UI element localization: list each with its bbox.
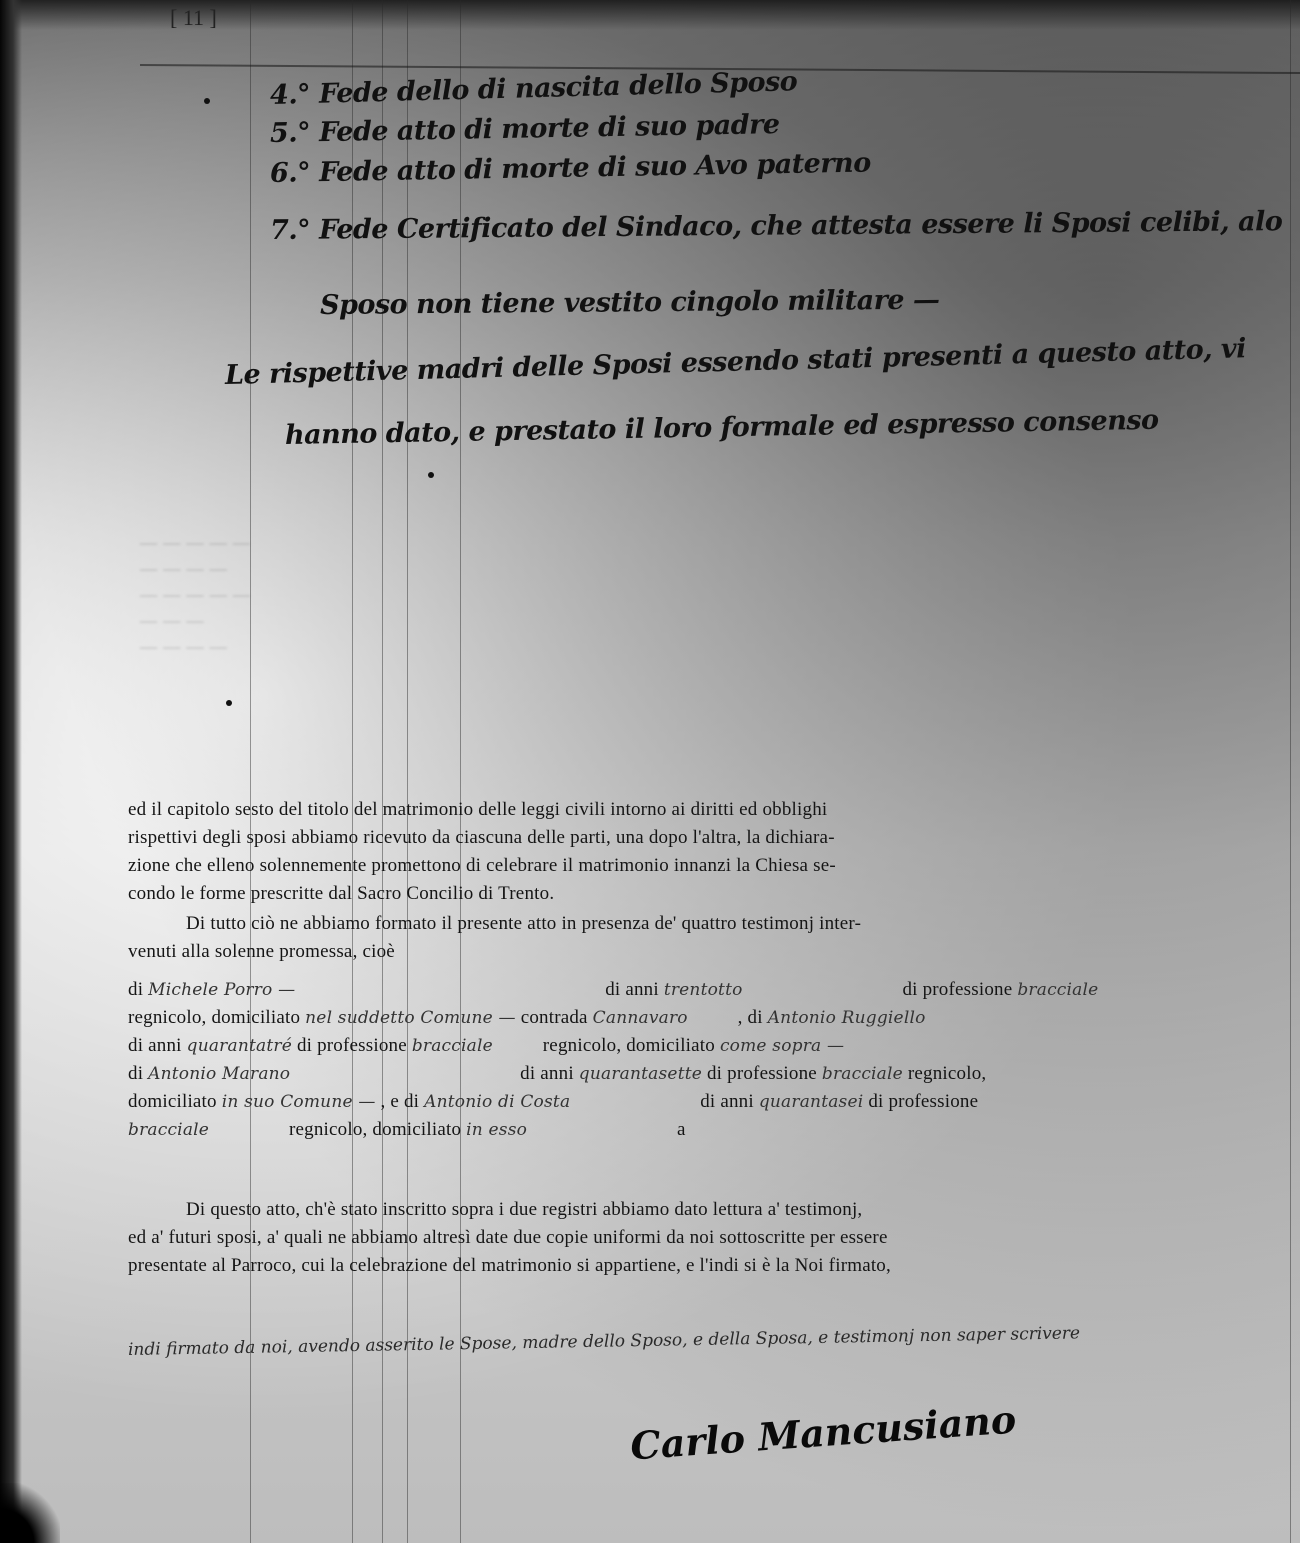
- witness-2-age: quarantatré: [187, 1036, 292, 1056]
- witness-4-name: Antonio di Costa: [424, 1092, 570, 1112]
- witness-1-street: Cannavaro: [593, 1008, 688, 1028]
- witness-line-2: regnicolo, domiciliato nel suddetto Comu…: [128, 1004, 1298, 1032]
- handwritten-item-6: 6.° Fede atto di morte di suo Avo patern…: [270, 148, 871, 189]
- handwritten-item-7-continued: Sposo non tiene vestito cingolo militare…: [320, 285, 940, 321]
- witness-3-name: Antonio Marano: [148, 1064, 290, 1084]
- handwritten-item-7: 7.° Fede Certificato del Sindaco, che at…: [270, 206, 1283, 246]
- witness-3-profession: bracciale: [822, 1064, 903, 1084]
- ink-blot: [428, 472, 434, 478]
- witness-4-domicile: in esso: [466, 1120, 527, 1140]
- witness-4-profession: bracciale: [128, 1120, 209, 1140]
- printed-paragraph-1: ed il capitolo sesto del titolo del matr…: [128, 796, 1298, 908]
- witness-4-age: quarantasei: [759, 1092, 864, 1112]
- handwritten-item-5: 5.° Fede atto di morte di suo padre: [270, 109, 780, 149]
- page-marker: [ 11 ]: [170, 5, 217, 31]
- witness-1-age: trentotto: [664, 980, 743, 1000]
- witness-3-age: quarantasette: [579, 1064, 702, 1084]
- printed-paragraph-3: Di questo atto, ch'è stato inscritto sop…: [128, 1196, 1298, 1280]
- printed-paragraph-2: Di tutto ciò ne abbiamo formato il prese…: [128, 910, 1298, 966]
- bleed-through-text: — — — — — — — — — — — — — — — — — — — — …: [140, 530, 400, 660]
- scan-artifact-line: [250, 0, 251, 1543]
- witness-1-profession: bracciale: [1017, 980, 1098, 1000]
- handwritten-closing-note: indi firmato da noi, avendo asserito le …: [128, 1323, 1080, 1360]
- scan-artifact-line: [1290, 0, 1291, 1543]
- witness-block: di Michele Porro — di anni trentotto di …: [128, 976, 1298, 1144]
- witness-2-name: Antonio Ruggiello: [768, 1008, 926, 1028]
- ink-blot: [204, 98, 210, 104]
- witness-2-domicile: come sopra —: [720, 1036, 844, 1056]
- scanned-register-page: [ 11 ] — — — — — — — — — — — — — — — — —…: [0, 0, 1300, 1543]
- handwritten-note-line-2: hanno dato, e prestato il loro formale e…: [285, 405, 1159, 451]
- witness-line-1: di Michele Porro — di anni trentotto di …: [128, 976, 1298, 1004]
- witness-1-domicile: nel suddetto Comune —: [305, 1008, 516, 1028]
- book-spine-edge: [0, 0, 22, 1543]
- witness-line-5: domiciliato in suo Comune — , e di Anton…: [128, 1088, 1298, 1116]
- official-signature: Carlo Mancusiano: [629, 1397, 1018, 1469]
- ink-blot: [226, 700, 232, 706]
- witness-line-6: bracciale regnicolo, domiciliato in esso…: [128, 1116, 1298, 1144]
- witness-3-domicile: in suo Comune —: [222, 1092, 376, 1112]
- handwritten-note-line-1: Le rispettive madri delle Sposi essendo …: [225, 333, 1247, 391]
- witness-line-4: di Antonio Marano di anni quarantasette …: [128, 1060, 1298, 1088]
- corner-shadow: [0, 1483, 60, 1543]
- handwritten-item-4: 4.° Fede dello di nascita dello Sposo: [270, 66, 798, 111]
- witness-2-profession: bracciale: [412, 1036, 493, 1056]
- witness-line-3: di anni quarantatré di professione bracc…: [128, 1032, 1298, 1060]
- witness-1-name: Michele Porro —: [148, 980, 295, 1000]
